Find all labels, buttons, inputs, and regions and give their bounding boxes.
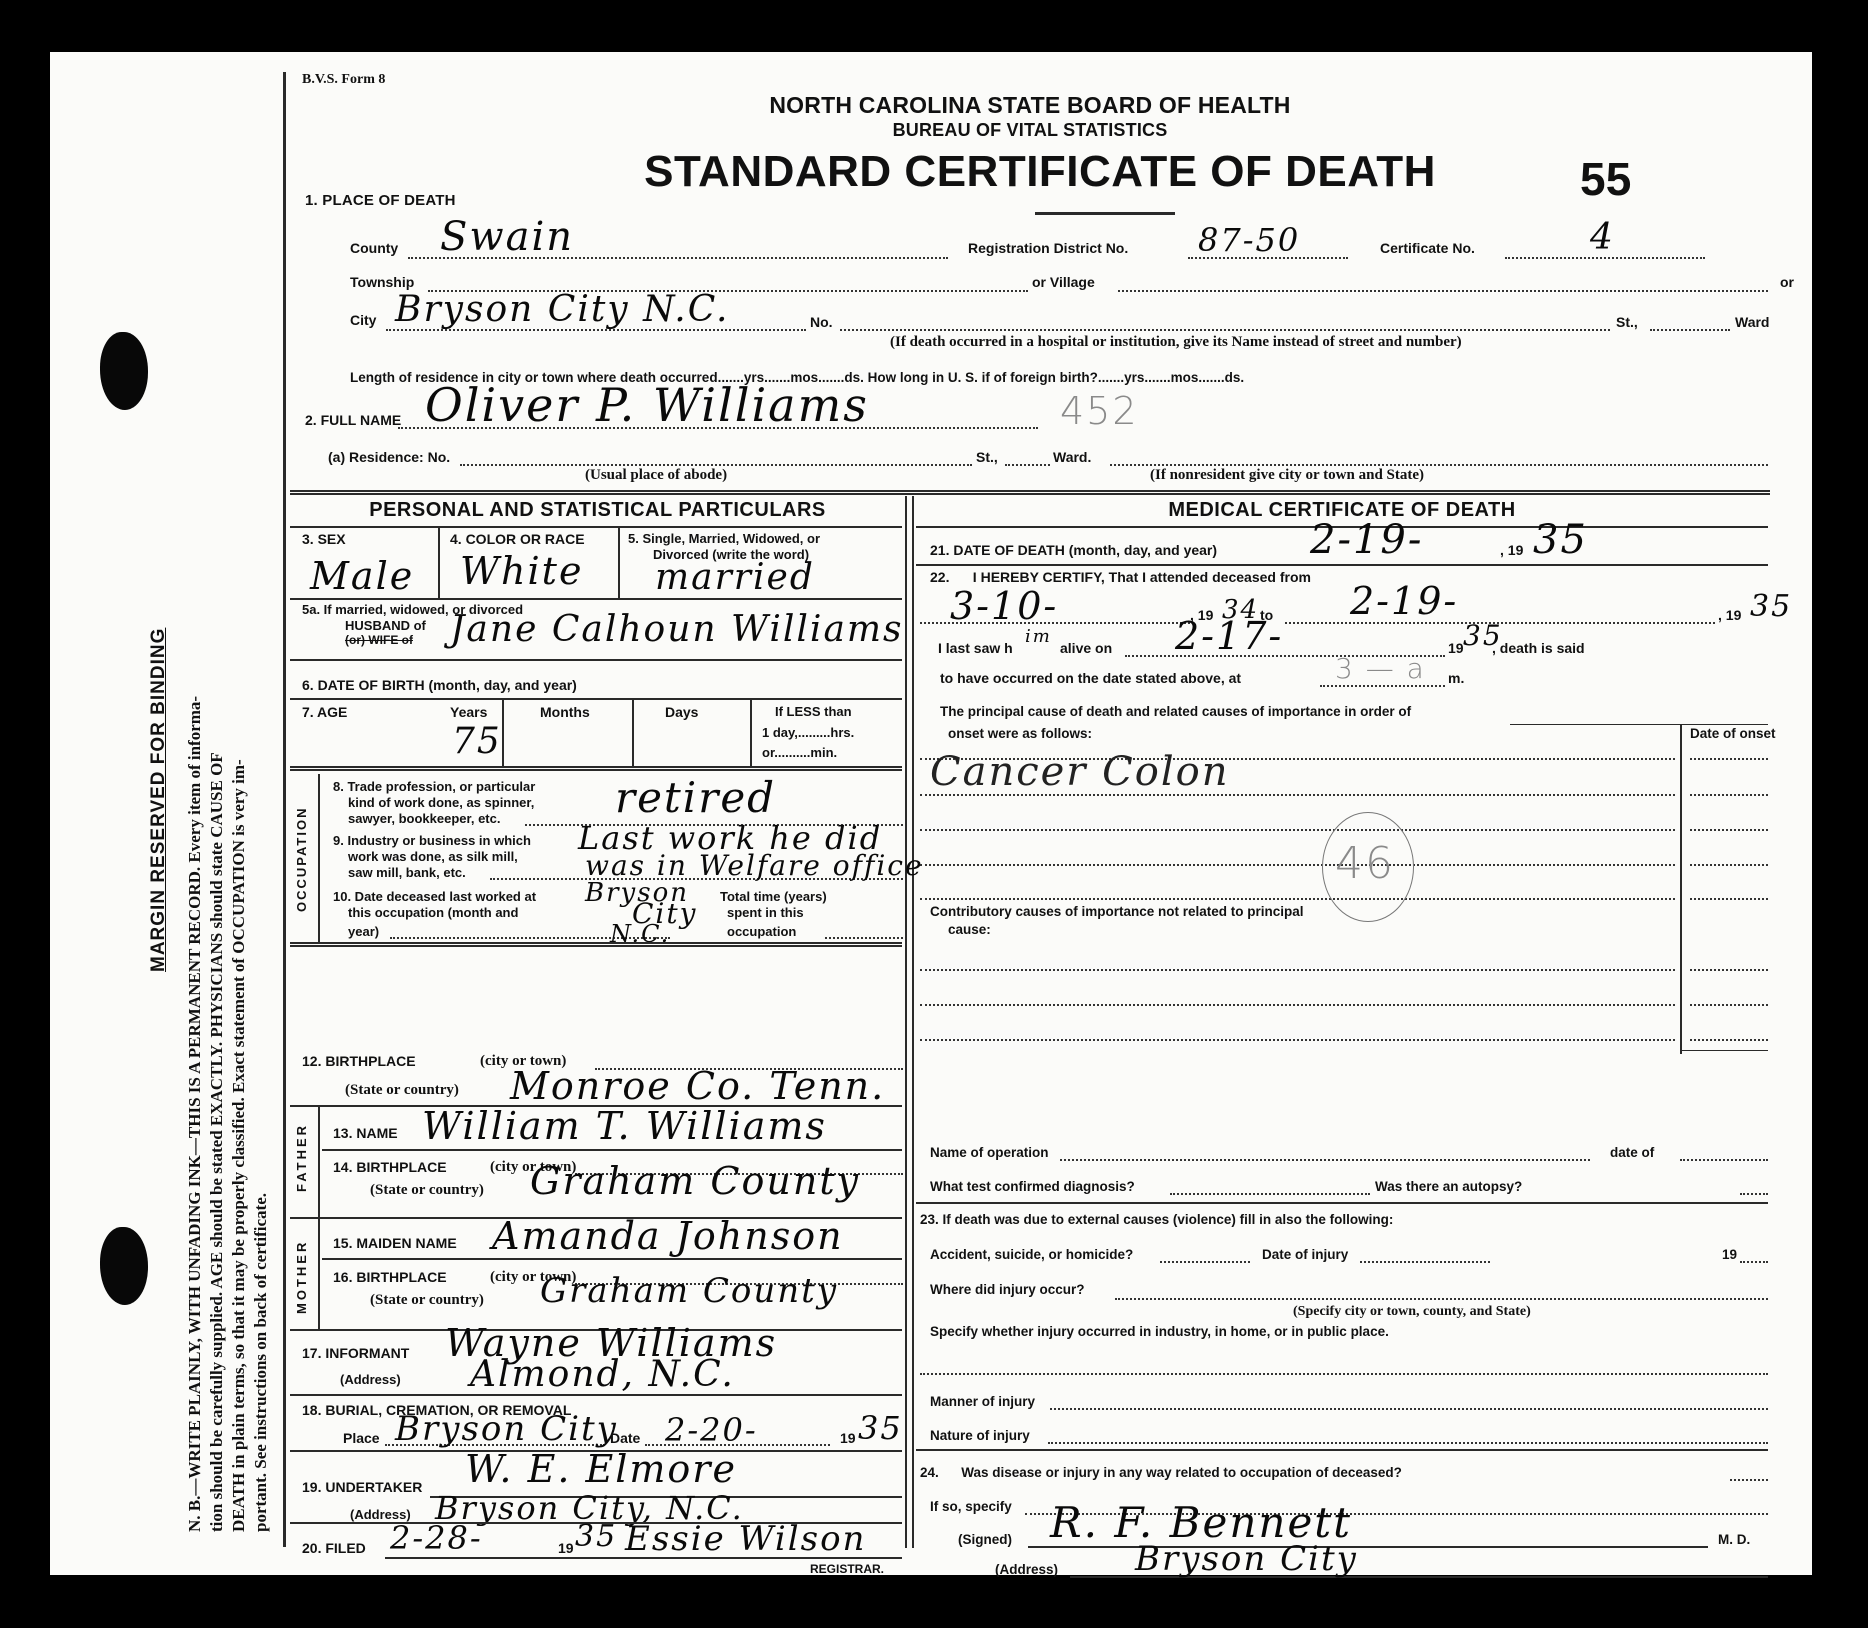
onset-line-2: [1690, 794, 1768, 796]
attended-to-value: 2-19-: [1350, 582, 1458, 620]
race-label: 4. COLOR OR RACE: [450, 531, 585, 547]
age-years-value: 75: [452, 724, 502, 760]
spouse-label-2: HUSBAND of: [345, 618, 426, 633]
column-divider-2: [912, 496, 914, 1548]
occupation-side-label: OCCUPATION: [294, 807, 309, 912]
full-name-pencil-note: 452: [1060, 392, 1139, 430]
birthplace-value: Monroe Co. Tenn.: [510, 1067, 885, 1105]
residence-ward-line: [1110, 464, 1768, 466]
industry-label-1: 9. Industry or business in which: [333, 833, 531, 848]
cause-line-5: [920, 898, 1675, 900]
test-label: What test confirmed diagnosis?: [930, 1179, 1135, 1194]
date-of-death-year: 35: [1533, 520, 1588, 560]
total-time-label-2: spent in this: [727, 905, 804, 920]
county-label: County: [350, 240, 398, 256]
county-value: Swain: [440, 217, 574, 257]
total-time-line: [825, 937, 903, 939]
informant-label: 17. INFORMANT: [302, 1345, 409, 1361]
page-number: 55: [1580, 152, 1632, 206]
father-name-label: 13. NAME: [333, 1125, 398, 1141]
attended-from-value: 3-10-: [950, 587, 1058, 625]
filed-year-prefix: 19: [558, 1540, 574, 1556]
last-saw-label: I last saw h: [938, 640, 1013, 656]
autopsy-label: Was there an autopsy?: [1375, 1179, 1522, 1194]
manner-line: [1050, 1408, 1768, 1410]
mother-maiden-value: Amanda Johnson: [492, 1217, 844, 1255]
board-name: NORTH CAROLINA STATE BOARD OF HEALTH: [670, 92, 1390, 119]
occupation-side-rule: [318, 774, 320, 942]
bureau-name: BUREAU OF VITAL STATISTICS: [670, 120, 1390, 141]
date-of-death-label: 21. DATE OF DEATH (month, day, and year): [930, 542, 1217, 558]
or-label: or: [1780, 274, 1794, 290]
spouse-label-3: (or) WIFE of: [345, 633, 413, 647]
nature-line: [1048, 1442, 1768, 1444]
date-onset-label: Date of onset: [1690, 726, 1776, 741]
filed-label: 20. FILED: [302, 1540, 366, 1556]
cause-value: Cancer Colon: [930, 752, 1229, 792]
personal-heading: PERSONAL AND STATISTICAL PARTICULARS: [290, 499, 905, 522]
informant-address-label: (Address): [340, 1372, 401, 1387]
race-value: White: [460, 552, 583, 590]
filed-line: [385, 1557, 902, 1559]
section-divider: [290, 490, 1770, 495]
ward-line: [1650, 329, 1730, 331]
certificate-no-value: 4: [1590, 220, 1615, 256]
burial-place-value: Bryson City: [395, 1412, 618, 1446]
injury-year-label: 19: [1722, 1247, 1737, 1262]
onset-line-3: [1690, 829, 1768, 831]
father-birthplace-label: 14. BIRTHPLACE: [333, 1159, 447, 1175]
less-label-1: If LESS than: [775, 704, 852, 719]
certify-label: 22. I HEREBY CERTIFY, That I attended de…: [930, 569, 1311, 585]
external-label: 23. If death was due to external causes …: [920, 1212, 1393, 1227]
st-label: St.,: [1616, 314, 1638, 330]
industry-value-2: was in Welfare office: [585, 852, 924, 880]
trade-label-1: 8. Trade profession, or particular: [333, 779, 535, 794]
personal-heading-rule: [290, 526, 902, 528]
trade-label-3: sawyer, bookkeeper, etc.: [348, 811, 500, 826]
days-label: Days: [665, 704, 698, 720]
operation-date-label: date of: [1610, 1145, 1654, 1160]
title-underline: [1035, 212, 1175, 215]
contributory-line-2: [920, 1004, 1675, 1006]
physician-signature: R. F. Bennett: [1050, 1502, 1352, 1544]
occurred-label: to have occurred on the date stated abov…: [940, 670, 1241, 686]
last-saw-value: 2-17-: [1175, 617, 1283, 655]
filed-date-value: 2-28-: [390, 1522, 483, 1554]
hospital-note: (If death occurred in a hospital or inst…: [890, 334, 1462, 351]
nonresident-note: (If nonresident give city or town and St…: [1150, 467, 1424, 484]
abode-note: (Usual place of abode): [585, 467, 727, 484]
attended-to-year: 35: [1750, 592, 1792, 622]
specify-city-note: (Specify city or town, county, and State…: [1293, 1304, 1531, 1320]
row-rule-mother-name: [322, 1258, 902, 1260]
operation-line: [1060, 1159, 1590, 1161]
township-label: Township: [350, 274, 414, 290]
cause-line-3: [920, 829, 1675, 831]
residence-ward-label: Ward.: [1053, 449, 1091, 465]
father-birthplace-state-note: (State or country): [370, 1182, 484, 1199]
registrar-value: Essie Wilson: [625, 1522, 866, 1556]
marital-label-1: 5. Single, Married, Widowed, or: [628, 531, 820, 546]
date-of-death-value: 2-19-: [1310, 520, 1423, 560]
years-label: Years: [450, 704, 487, 720]
dob-label: 6. DATE OF BIRTH (month, day, and year): [302, 677, 577, 693]
burial-year-prefix: 19: [840, 1430, 856, 1446]
onset-line-4: [1690, 864, 1768, 866]
street-no-label: No.: [810, 314, 833, 330]
age-col-divider-3: [750, 700, 752, 768]
physician-address-label: (Address): [995, 1562, 1058, 1577]
md-label: M. D.: [1718, 1532, 1750, 1547]
contributory-onset-line-3: [1690, 1039, 1768, 1041]
sex-value: Male: [310, 557, 414, 595]
cause-line-4: [920, 864, 1675, 866]
total-time-label-3: occupation: [727, 924, 796, 939]
onset-heading-rule: [1510, 724, 1768, 725]
row-rule-age: [290, 766, 902, 771]
occupation-related-label: 24. Was disease or injury in any way rel…: [920, 1465, 1402, 1480]
ward-label: Ward: [1735, 314, 1769, 330]
sex-label: 3. SEX: [302, 531, 346, 547]
residence-label: (a) Residence: No.: [328, 449, 450, 465]
occupation-related-line: [1730, 1479, 1768, 1481]
trade-value: retired: [615, 777, 776, 819]
mother-birthplace-state-note: (State or country): [370, 1292, 484, 1309]
father-side-rule: [318, 1107, 320, 1219]
reg-district-value: 87-50: [1198, 224, 1300, 256]
operation-label: Name of operation: [930, 1145, 1049, 1160]
cause-code-value: 46: [1335, 842, 1395, 886]
where-line: [1115, 1298, 1768, 1300]
place-of-death-label: 1. PLACE OF DEATH: [305, 192, 456, 209]
signed-label: (Signed): [958, 1532, 1012, 1547]
time-line: [1320, 685, 1445, 687]
spouse-value: Jane Calhoun Williams: [450, 612, 904, 648]
mother-birthplace-label: 16. BIRTHPLACE: [333, 1269, 447, 1285]
row-rule-spouse: [290, 659, 902, 661]
operation-date-line: [1680, 1159, 1768, 1161]
total-time-label-1: Total time (years): [720, 889, 827, 904]
village-label: or Village: [1032, 274, 1095, 290]
binding-hole-bottom: [100, 1227, 148, 1305]
city-label: City: [350, 312, 376, 328]
manner-label: Manner of injury: [930, 1394, 1035, 1409]
contributory-onset-line-2: [1690, 1004, 1768, 1006]
column-divider: [905, 496, 907, 1548]
time-value: 3 — a: [1335, 655, 1426, 683]
where-label: Where did injury occur?: [930, 1282, 1085, 1297]
burial-place-label: Place: [343, 1430, 380, 1446]
industry-label-2: work was done, as silk mill,: [348, 849, 518, 864]
onset-bottom-rule: [1680, 1050, 1768, 1051]
mother-side-label: MOTHER: [294, 1240, 309, 1314]
filed-year-value: 35: [575, 1522, 617, 1552]
city-value: Bryson City N.C.: [395, 292, 729, 328]
contributory-line-1: [920, 969, 1675, 971]
mother-maiden-label: 15. MAIDEN NAME: [333, 1235, 457, 1251]
reg-district-label: Registration District No.: [968, 240, 1128, 256]
contributory-line-3: [920, 1039, 1675, 1041]
industry-label-3: saw mill, bank, etc.: [348, 865, 466, 880]
death-certificate: MARGIN RESERVED FOR BINDING N. B.—WRITE …: [50, 52, 1812, 1575]
row-rule-father-name: [322, 1149, 902, 1151]
last-saw-pronoun: im: [1025, 628, 1052, 646]
nature-label: Nature of injury: [930, 1428, 1030, 1443]
form-left-border: [283, 72, 286, 1547]
row-rule-informant: [290, 1394, 902, 1396]
last-worked-label-2: this occupation (month and: [348, 905, 518, 920]
residence-st-line: [1005, 464, 1050, 466]
last-worked-label-1: 10. Date deceased last worked at: [333, 889, 536, 904]
village-line: [1118, 290, 1768, 292]
less-label-2: 1 day,.........hrs.: [762, 725, 854, 740]
race-marital-divider: [618, 528, 620, 598]
margin-binding-note: MARGIN RESERVED FOR BINDING: [148, 628, 170, 972]
autopsy-line: [1740, 1193, 1768, 1195]
sex-race-divider: [438, 528, 440, 598]
injury-date-line: [1360, 1261, 1490, 1263]
mother-birthplace-value: Graham County: [540, 1274, 838, 1308]
mother-side-rule: [318, 1219, 320, 1331]
father-name-value: William T. Williams: [422, 1107, 827, 1145]
page-title: STANDARD CERTIFICATE OF DEATH: [590, 147, 1490, 197]
row-rule-date-of-death: [916, 564, 1768, 566]
date-of-death-year-prefix: , 19: [1500, 542, 1523, 558]
registrar-label: REGISTRAR.: [810, 1562, 884, 1576]
cause-line-2: [920, 794, 1675, 796]
burial-date-value: 2-20-: [665, 1414, 758, 1446]
full-name-value: Oliver P. Williams: [425, 382, 869, 428]
injury-year-line: [1740, 1261, 1768, 1263]
father-side-label: FATHER: [294, 1123, 309, 1192]
burial-date-label: Date: [610, 1430, 640, 1446]
physician-address-value: Bryson City: [1135, 1542, 1358, 1576]
contributory-onset-line-1: [1690, 969, 1768, 971]
marital-value: married: [655, 560, 815, 596]
full-name-label: 2. FULL NAME: [305, 412, 401, 428]
margin-instructions-line-4: portant. See instructions on back of cer…: [251, 1193, 271, 1532]
row-rule-dob: [290, 698, 902, 700]
row-rule-occupation: [290, 942, 902, 947]
specify-where-line: [920, 1373, 1768, 1375]
margin-instructions-line-2: tion should be carefully supplied. AGE s…: [207, 752, 227, 1532]
age-col-divider-2: [632, 700, 634, 768]
margin-instructions-line-3: DEATH in plain terms, so that it may be …: [229, 759, 249, 1532]
specify-where-label: Specify whether injury occurred in indus…: [930, 1324, 1389, 1339]
street-no-line: [840, 329, 1610, 331]
age-col-divider-1: [502, 700, 504, 768]
row-rule-nature: [916, 1449, 1768, 1451]
row-rule-marital: [290, 598, 902, 600]
undertaker-label: 19. UNDERTAKER: [302, 1479, 422, 1495]
if-so-label: If so, specify: [930, 1499, 1012, 1514]
birthplace-label: 12. BIRTHPLACE: [302, 1053, 416, 1069]
age-label: 7. AGE: [302, 704, 347, 720]
certificate-no-label: Certificate No.: [1380, 240, 1475, 256]
residence-line: [460, 464, 972, 466]
onset-column-divider: [1680, 724, 1682, 1054]
cause-intro-2: onset were as follows:: [948, 726, 1092, 741]
margin-instructions-line-1: N. B.—WRITE PLAINLY, WITH UNFADING INK—T…: [185, 696, 205, 1532]
test-line: [1170, 1193, 1370, 1195]
months-label: Months: [540, 704, 590, 720]
last-worked-label-3: year): [348, 924, 379, 939]
onset-line-5: [1690, 898, 1768, 900]
contributory-label-2: cause:: [948, 922, 991, 937]
trade-label-2: kind of work done, as spinner,: [348, 795, 534, 810]
accident-label: Accident, suicide, or homicide?: [930, 1247, 1133, 1262]
contributory-label-1: Contributory causes of importance not re…: [930, 904, 1304, 919]
informant-address-value: Almond, N.C.: [470, 1357, 735, 1393]
last-saw-year-prefix: 19: [1448, 640, 1464, 656]
undertaker-value: W. E. Elmore: [465, 1450, 737, 1488]
residence-st-label: St.,: [976, 449, 998, 465]
attended-to-year-prefix: , 19: [1718, 607, 1741, 623]
row-rule-autopsy: [916, 1202, 1768, 1204]
birthplace-state-note: (State or country): [345, 1082, 459, 1099]
onset-line-1: [1690, 758, 1768, 760]
binding-hole-top: [100, 332, 148, 410]
alive-on-label: alive on: [1060, 640, 1112, 656]
father-birthplace-value: Graham County: [530, 1162, 860, 1200]
accident-line: [1160, 1261, 1250, 1263]
cause-intro-1: The principal cause of death and related…: [940, 704, 1411, 719]
death-said-label: , death is said: [1492, 640, 1585, 656]
less-label-3: or..........min.: [762, 745, 837, 760]
burial-year-value: 35: [858, 1412, 903, 1444]
form-code: B.V.S. Form 8: [302, 72, 385, 88]
m-label: m.: [1448, 670, 1464, 686]
injury-date-label: Date of injury: [1262, 1247, 1348, 1262]
